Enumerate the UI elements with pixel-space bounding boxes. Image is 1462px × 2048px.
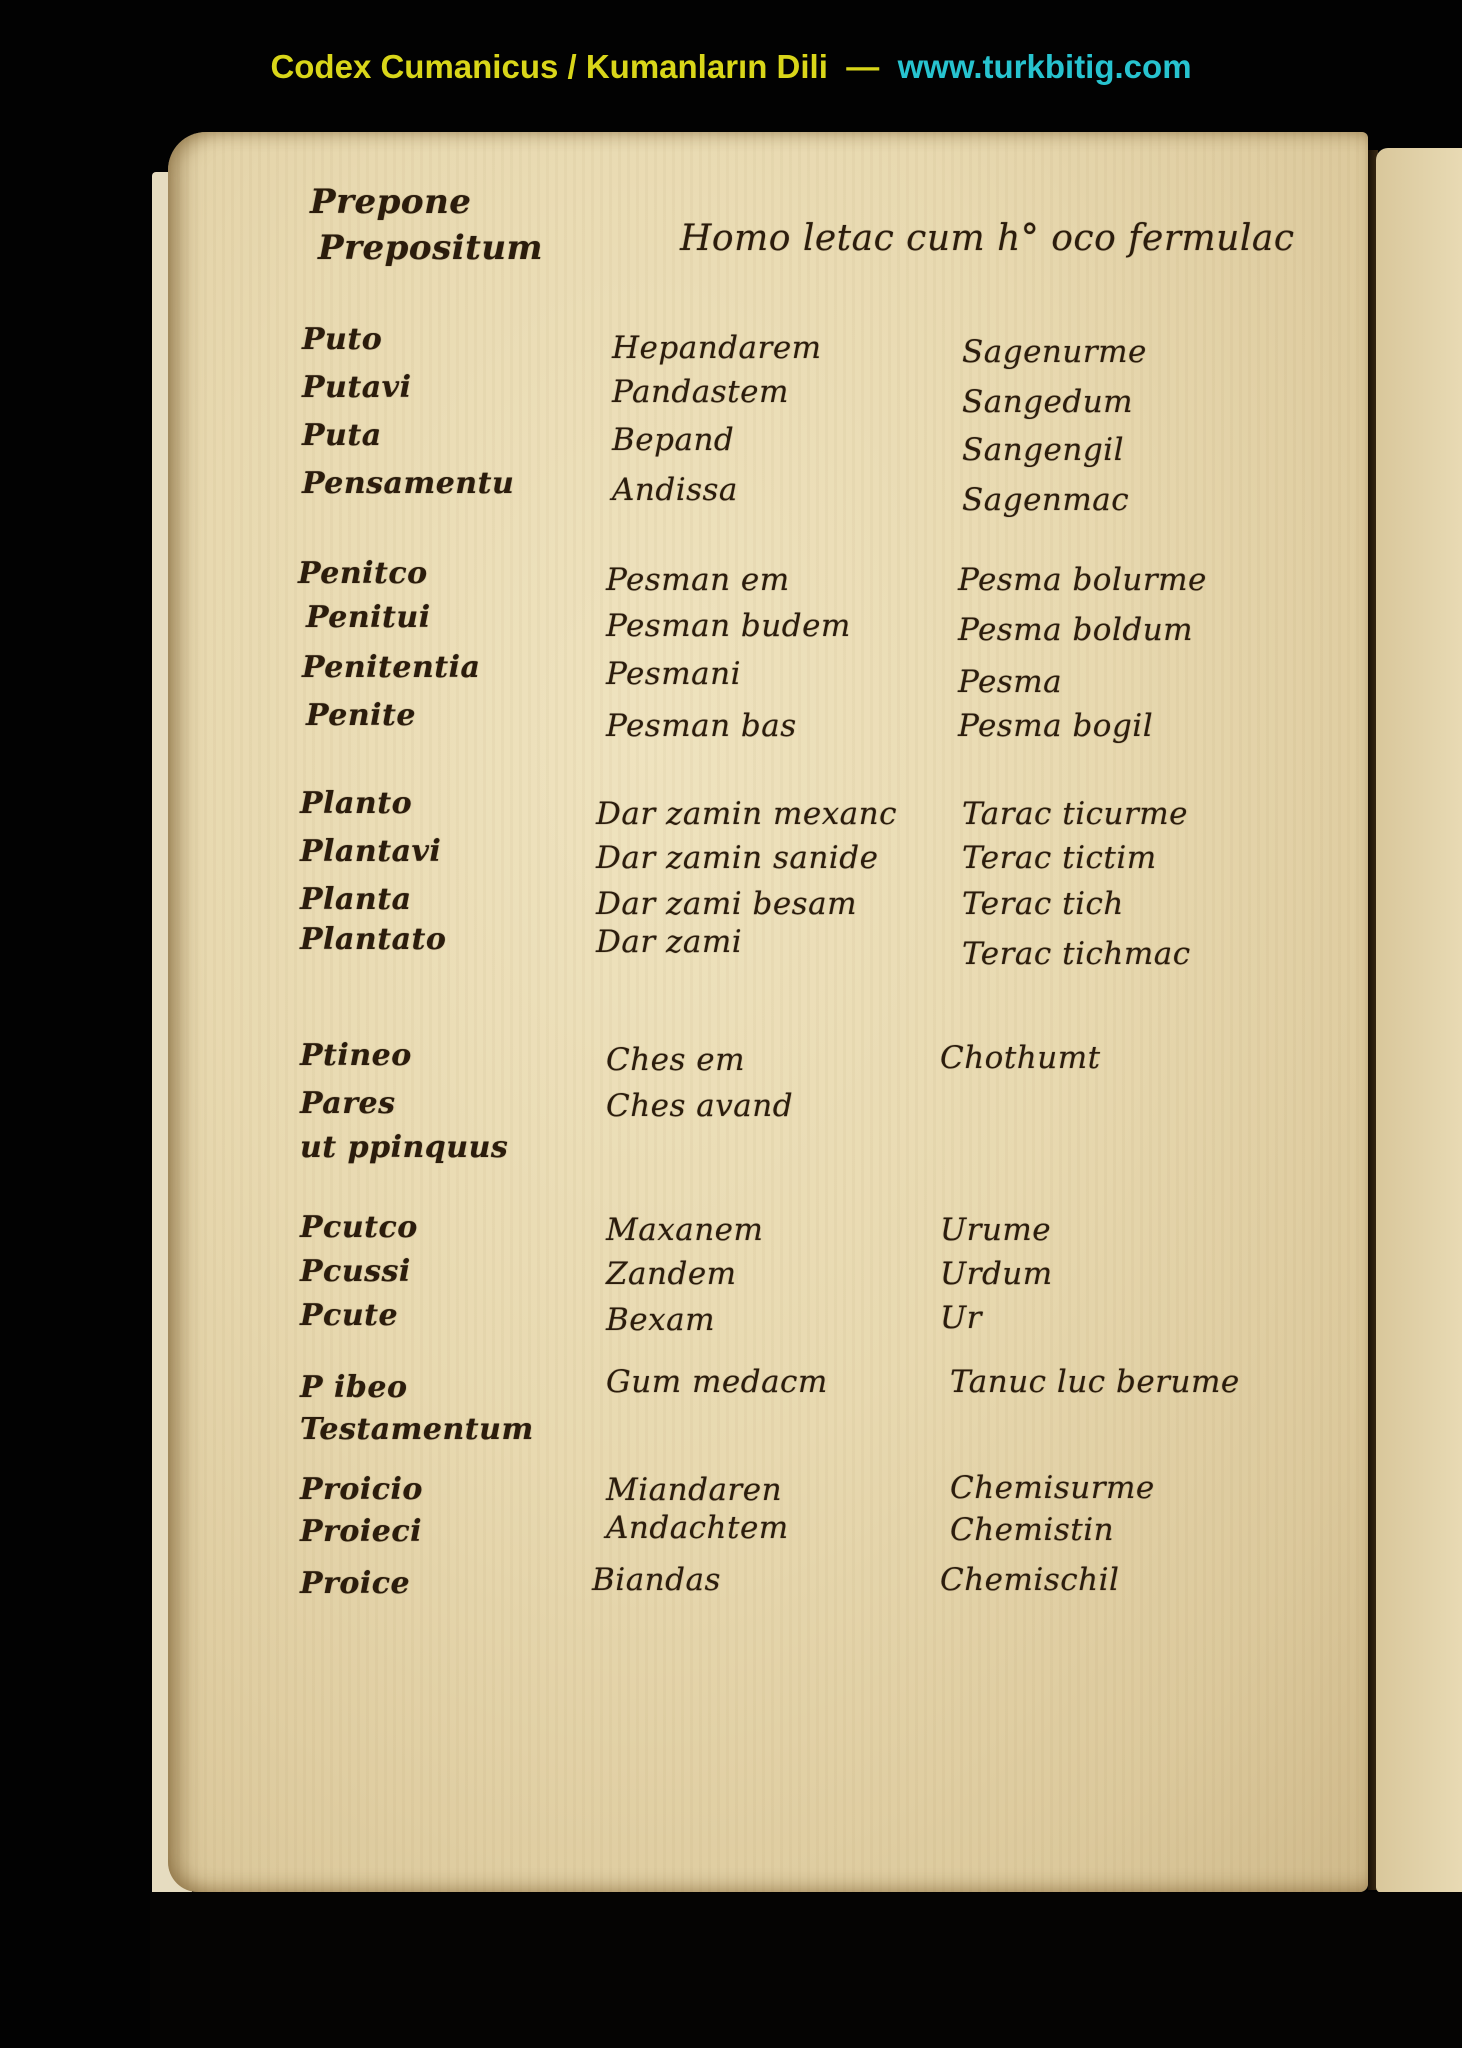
- persian-entry: Pandastem: [612, 374, 789, 410]
- cuman-entry: Terac tictim: [962, 840, 1157, 876]
- latin-entry: Pcute: [300, 1298, 398, 1333]
- persian-entry: Dar zamin sanide: [596, 840, 878, 876]
- cuman-entry: Chemistin: [950, 1512, 1114, 1548]
- persian-entry: Maxanem: [606, 1212, 763, 1248]
- cuman-entry: Tanuc luc berume: [950, 1364, 1240, 1400]
- page-banner: Codex Cumanicus / Kumanların Dili — www.…: [0, 48, 1462, 86]
- latin-entry: Pares: [300, 1086, 395, 1121]
- cuman-entry: Pesma bolurme: [958, 562, 1207, 598]
- latin-entry: Pensamentu: [302, 466, 514, 501]
- persian-entry: Andachtem: [606, 1510, 789, 1546]
- latin-entry: Proieci: [300, 1514, 422, 1549]
- facing-page-edge: [1376, 148, 1462, 1893]
- banner-title: Codex Cumanicus / Kumanların Dili: [270, 48, 827, 85]
- latin-entry: Proicio: [300, 1472, 423, 1507]
- cuman-entry: Urume: [940, 1212, 1051, 1248]
- latin-entry: Putavi: [302, 370, 412, 405]
- persian-entry: Ches em: [606, 1042, 745, 1078]
- banner-url-link[interactable]: www.turkbitig.com: [898, 48, 1192, 85]
- persian-entry: Bexam: [606, 1302, 715, 1338]
- cuman-entry: Chemischil: [940, 1562, 1119, 1598]
- cuman-entry: Sagenmac: [962, 482, 1129, 518]
- persian-entry: Dar zamin mexanc: [596, 796, 897, 832]
- latin-entry: Puta: [302, 418, 382, 453]
- cuman-entry: Sangedum: [962, 384, 1133, 420]
- persian-entry: Miandaren: [606, 1472, 782, 1508]
- header-latin-2: Prepositum: [318, 228, 543, 268]
- persian-entry: Pesman em: [606, 562, 790, 598]
- cuman-entry: Pesma boldum: [958, 612, 1193, 648]
- persian-entry: Biandas: [592, 1562, 721, 1598]
- cuman-entry: Ur: [940, 1300, 982, 1336]
- cuman-entry: Chothumt: [940, 1040, 1101, 1076]
- persian-entry: Pesmani: [606, 656, 741, 692]
- persian-entry: Bepand: [612, 422, 734, 458]
- persian-entry: Gum medacm: [606, 1364, 828, 1400]
- cuman-entry: Sangengil: [962, 432, 1124, 468]
- latin-entry: Penitentia: [302, 650, 481, 685]
- cuman-entry: Sagenurme: [962, 334, 1147, 370]
- latin-entry: Ptineo: [300, 1038, 412, 1073]
- latin-entry: Plantato: [300, 922, 446, 957]
- latin-entry: Penitui: [306, 600, 431, 635]
- latin-entry: Planta: [300, 882, 412, 917]
- banner-separator: —: [846, 48, 879, 85]
- latin-entry: ut ppinquus: [300, 1130, 508, 1165]
- latin-entry: Penite: [306, 698, 416, 733]
- persian-entry: Dar zami: [596, 924, 742, 960]
- latin-entry: Proice: [300, 1566, 410, 1601]
- latin-entry: Pcussi: [300, 1254, 411, 1289]
- cuman-entry: Urdum: [940, 1256, 1053, 1292]
- latin-entry: Penitco: [298, 556, 428, 591]
- header-latin-1: Prepone: [310, 182, 471, 222]
- persian-entry: Hepandarem: [612, 330, 822, 366]
- persian-entry: Ches avand: [606, 1088, 793, 1124]
- cuman-entry: Terac tichmac: [962, 936, 1191, 972]
- cuman-entry: Tarac ticurme: [962, 796, 1188, 832]
- persian-entry: Zandem: [606, 1256, 737, 1292]
- cuman-entry: Chemisurme: [950, 1470, 1155, 1506]
- cuman-entry: Pesma: [958, 664, 1062, 700]
- latin-entry: Pcutco: [300, 1210, 418, 1245]
- persian-entry: Pesman budem: [606, 608, 851, 644]
- persian-entry: Pesman bas: [606, 708, 797, 744]
- latin-entry: Plantavi: [300, 834, 441, 869]
- latin-entry: Testamentum: [300, 1412, 534, 1447]
- persian-entry: Dar zami besam: [596, 886, 857, 922]
- latin-entry: Planto: [300, 786, 412, 821]
- header-note: Homo letac cum h° oco fermulac: [680, 218, 1294, 259]
- background-shadow: [150, 1892, 1462, 2048]
- cuman-entry: Pesma bogil: [958, 708, 1153, 744]
- persian-entry: Andissa: [612, 472, 738, 508]
- latin-entry: Puto: [302, 322, 382, 357]
- cuman-entry: Terac tich: [962, 886, 1124, 922]
- latin-entry: P ibeo: [300, 1370, 407, 1405]
